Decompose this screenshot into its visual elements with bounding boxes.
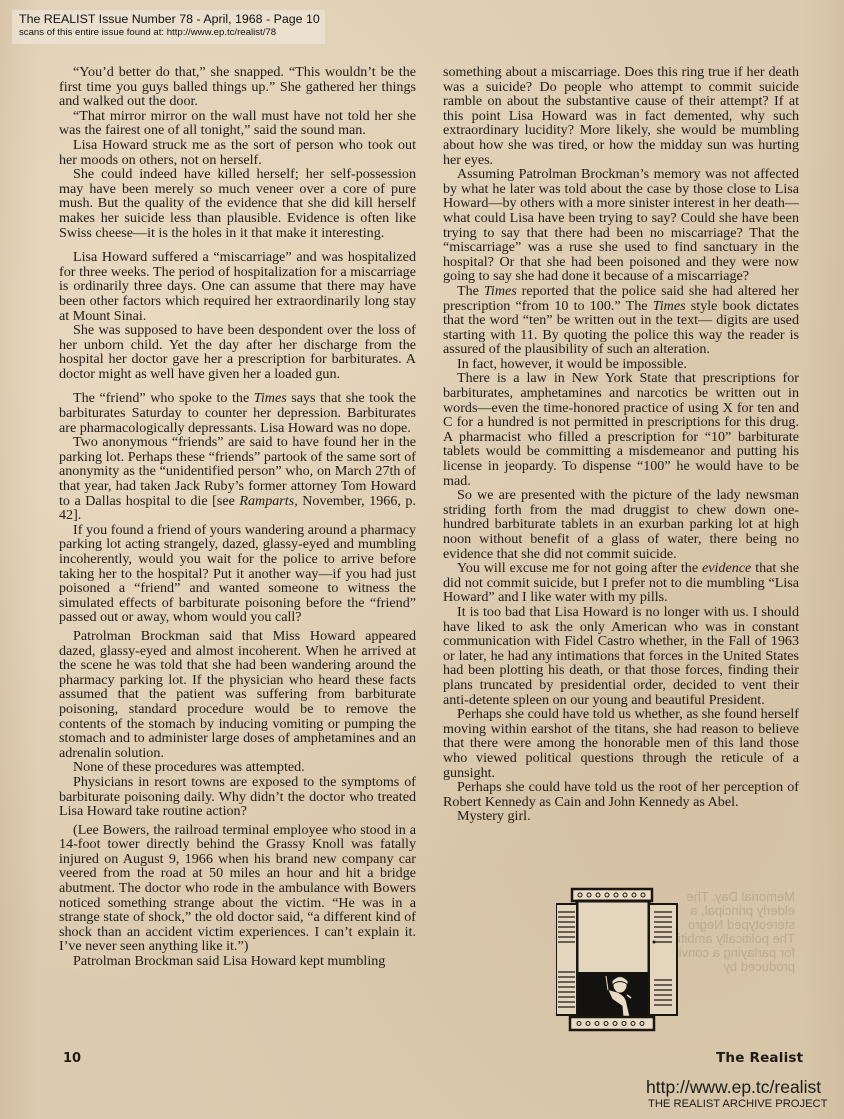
paragraph: There is a law in New York State that pr… — [443, 371, 799, 488]
publication-name: Times — [653, 298, 686, 314]
article-right-column: something about a miscarriage. Does this… — [443, 65, 799, 824]
publication-name: Times — [484, 283, 517, 299]
paragraph: The Times reported that the police said … — [443, 284, 799, 357]
text-span: The “friend” who spoke to the — [73, 390, 254, 406]
issue-title: The REALIST Issue Number 78 - April, 196… — [19, 12, 319, 27]
paragraph: Lisa Howard struck me as the sort of per… — [59, 138, 416, 167]
paragraph: So we are presented with the picture of … — [443, 488, 799, 561]
article-left-column: “You’d better do that,” she snapped. “Th… — [59, 65, 416, 969]
paragraph: It is too bad that Lisa Howard is no lon… — [443, 605, 799, 707]
paragraph: The “friend” who spoke to the Times says… — [59, 391, 416, 435]
paragraph: Mystery girl. — [443, 809, 799, 824]
window-girl-illustration-icon — [556, 886, 682, 1034]
paragraph: Patrolman Brockman said that Miss Howard… — [59, 629, 416, 760]
paragraph: Perhaps she could have told us whether, … — [443, 707, 799, 780]
paragraph: You will excuse me for not going after t… — [443, 561, 799, 605]
archive-url-link[interactable]: http://www.ep.tc/realist — [646, 1077, 821, 1098]
paragraph: None of these procedures was attempted. — [59, 760, 416, 775]
paragraph: She was supposed to have been despondent… — [59, 323, 416, 381]
archive-project-name: THE REALIST ARCHIVE PROJECT — [648, 1098, 827, 1110]
paragraph: “That mirror mirror on the wall must hav… — [59, 109, 416, 138]
publication-name: Times — [254, 390, 287, 406]
issue-source-note: scans of this entire issue found at: htt… — [19, 27, 319, 39]
paragraph: Lisa Howard suffered a “miscarriage” and… — [59, 250, 416, 323]
paragraph: She could indeed have killed herself; he… — [59, 167, 416, 240]
text-span: You will excuse me for not going after t… — [457, 560, 702, 576]
magazine-masthead: The Realist — [716, 1050, 803, 1066]
paragraph: Assuming Patrolman Brockman’s memory was… — [443, 167, 799, 284]
text-span: The — [457, 283, 484, 299]
paragraph: Perhaps she could have told us the root … — [443, 780, 799, 809]
paragraph: If you found a friend of yours wandering… — [59, 523, 416, 625]
page-number: 10 — [63, 1051, 81, 1066]
archive-header-banner: The REALIST Issue Number 78 - April, 196… — [12, 10, 325, 44]
publication-name: Ramparts, — [239, 493, 297, 509]
emphasis: evidence — [702, 560, 751, 576]
paragraph: Patrolman Brockman said Lisa Howard kept… — [59, 954, 416, 969]
paragraph: In fact, however, it would be impossible… — [443, 357, 799, 372]
paragraph: Two anonymous “friends” are said to have… — [59, 435, 416, 523]
paragraph: Physicians in resort towns are exposed t… — [59, 775, 416, 819]
paragraph: (Lee Bowers, the railroad terminal emplo… — [59, 823, 416, 954]
paragraph: “You’d better do that,” she snapped. “Th… — [59, 65, 416, 109]
paragraph: something about a miscarriage. Does this… — [443, 65, 799, 167]
